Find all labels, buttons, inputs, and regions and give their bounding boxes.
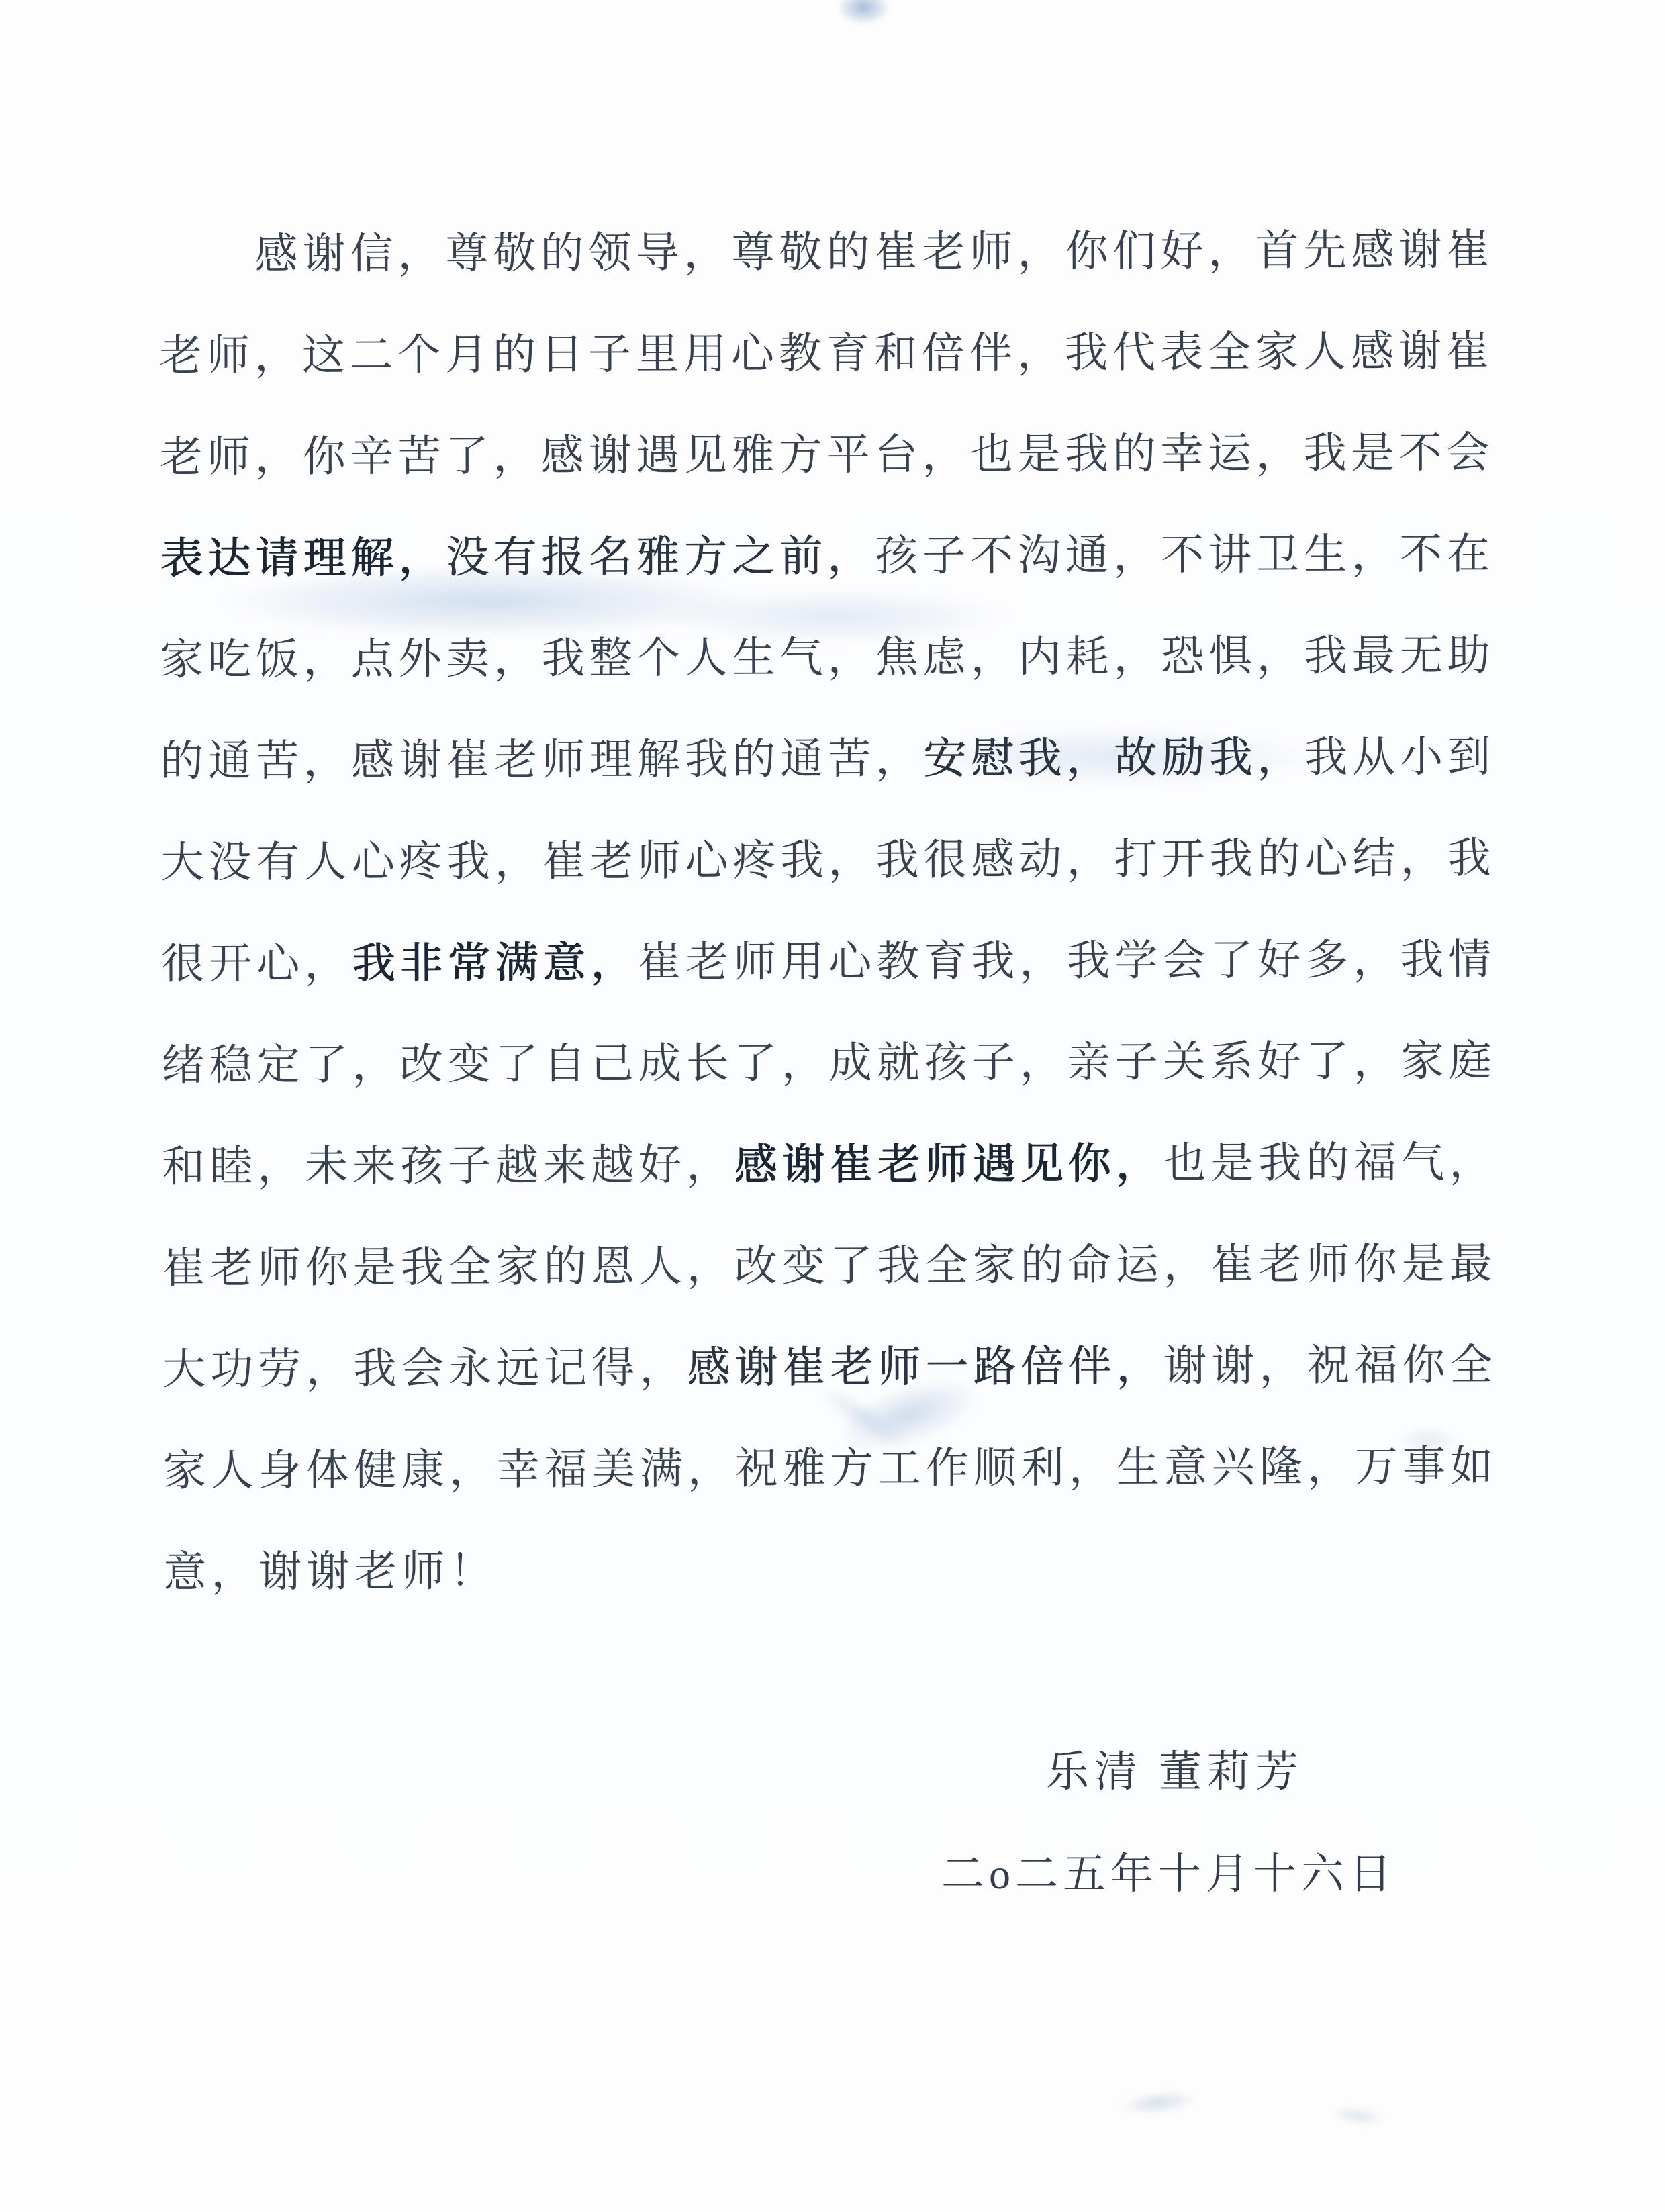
letter-page: 感谢信，尊敬的领导，尊敬的崔老师，你们好，首先感谢崔 老师，这二个月的日子里用心… [0,0,1665,2212]
letter-line-4: 表达请理解，没有报名雅方之前，孩子不沟通，不讲卫生，不在 [160,503,1517,609]
line-text: 老师，这二个月的日子里用心教育和倍伴，我代表全家人感谢崔 [159,328,1494,380]
letter-line-1: 感谢信，尊敬的领导，尊敬的崔老师，你们好，首先感谢崔 [158,199,1515,305]
line-text: 也是我的福气， [1163,1139,1496,1188]
line-text-emphasized: 表达请理解， [160,534,446,582]
line-text: 家吃饭，点外卖，我整个人生气，焦虑，内耗，恐惧，我最无助 [160,632,1495,684]
letter-line-12: 大功劳，我会永远记得，感谢崔老师一路倍伴，谢谢，祝福你全 [162,1314,1519,1420]
letter-line-5: 家吃饭，点外卖，我整个人生气，焦虑，内耗，恐惧，我最无助 [160,604,1517,710]
scan-smudge-bottom-1 [1119,2088,1198,2117]
line-text-emphasized: 感谢崔老师一路倍伴， [687,1342,1163,1391]
letter-body: 感谢信，尊敬的领导，尊敬的崔老师，你们好，首先感谢崔 老师，这二个月的日子里用心… [158,199,1519,1623]
line-text: 孩子不沟通，不讲卫生，不在 [875,530,1494,580]
line-text: 大功劳，我会永远记得， [162,1344,687,1394]
line-text-emphasized: 我非常满意， [352,939,638,987]
line-text: 和睦，未来孩子越来越好， [162,1141,734,1191]
letter-line-13: 家人身体健康，幸福美满，祝雅方工作顺利，生意兴隆，万事如 [163,1415,1520,1521]
line-text: 老师，你辛苦了，感谢遇见雅方平台，也是我的幸运，我是不会 [160,429,1494,481]
scan-smudge-top [837,0,890,26]
letter-line-9: 绪稳定了，改变了自己成长了，成就孩子，亲子关系好了，家庭 [162,1010,1519,1116]
letter-line-6: 的通苦，感谢崔老师理解我的通苦，安慰我，故励我，我从小到 [160,706,1517,812]
line-text: 的通苦，感谢崔老师理解我的通苦， [160,735,923,785]
scan-smudge-bottom-2 [1330,2104,1388,2127]
line-text: 崔老师你是我全家的恩人，改变了我全家的命运，崔老师你是最 [162,1240,1497,1292]
line-text: 绪稳定了，改变了自己成长了，成就孩子，亲子关系好了，家庭 [162,1037,1496,1090]
line-text-emphasized: 没有报名雅方之前， [446,532,875,581]
line-text: 家人身体健康，幸福美满，祝雅方工作顺利，生意兴隆，万事如 [163,1443,1498,1495]
letter-line-8: 很开心，我非常满意，崔老师用心教育我，我学会了好多，我情 [161,908,1518,1014]
line-text: 感谢信，尊敬的领导，尊敬的崔老师，你们好，首先感谢崔 [254,226,1494,278]
line-text: 崔老师用心教育我，我学会了好多，我情 [638,936,1496,986]
letter-line-2: 老师，这二个月的日子里用心教育和倍伴，我代表全家人感谢崔 [159,300,1516,406]
line-text: 大没有人心疼我，崔老师心疼我，我很感动，打开我的心结，我 [161,834,1496,887]
line-text-emphasized: 感谢崔老师遇见你， [734,1139,1163,1188]
letter-line-3: 老师，你辛苦了，感谢遇见雅方平台，也是我的幸运，我是不会 [159,401,1516,508]
line-text: 很开心， [161,940,352,988]
line-text-emphasized: 安慰我，故励我， [923,734,1304,783]
letter-line-11: 崔老师你是我全家的恩人，改变了我全家的命运，崔老师你是最 [162,1212,1519,1318]
line-text: 谢谢，祝福你全 [1163,1341,1497,1390]
line-text: 我从小到 [1304,733,1495,781]
letter-line-10: 和睦，未来孩子越来越好，感谢崔老师遇见你，也是我的福气， [162,1111,1519,1217]
signature: 乐清 董莉芳 [1046,1740,1304,1805]
letter-line-14: 意，谢谢老师！ [163,1517,1520,1623]
date: 二o二五年十月十六日 [941,1842,1396,1907]
line-text: 意，谢谢老师！ [163,1547,497,1596]
letter-line-7: 大没有人心疼我，崔老师心疼我，我很感动，打开我的心结，我 [160,807,1517,913]
